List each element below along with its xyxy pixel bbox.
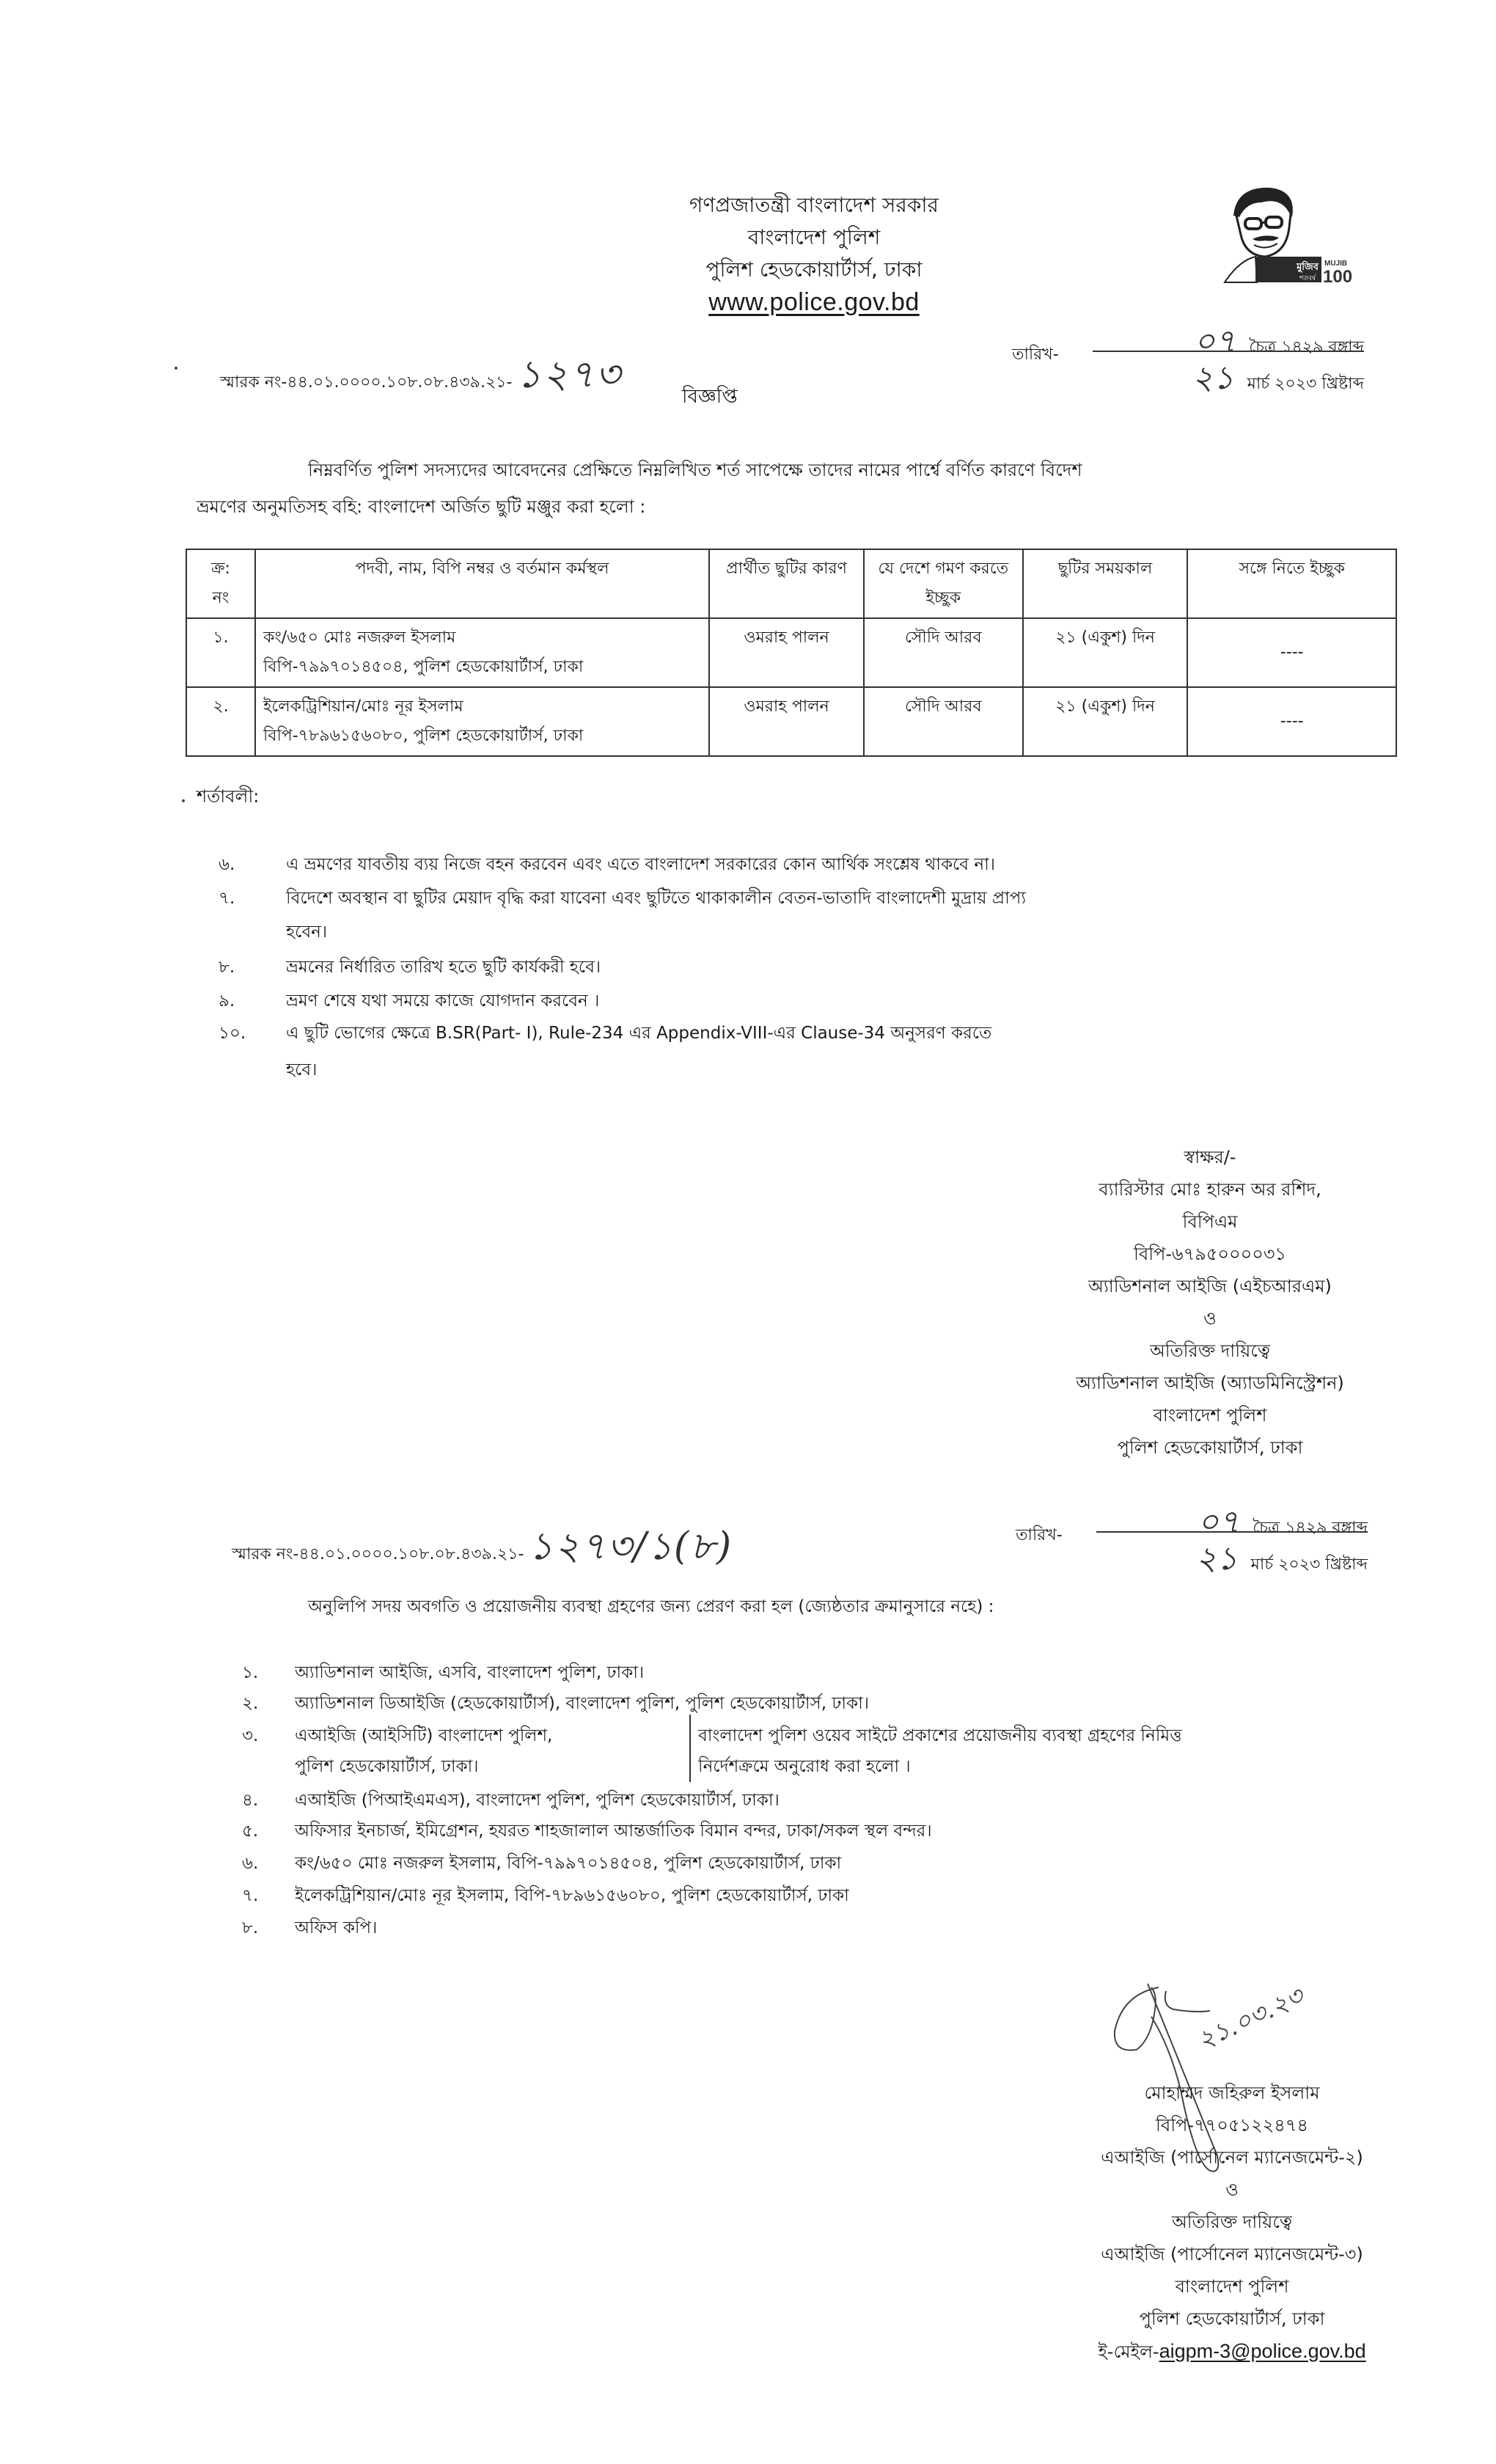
cell-country: সৌদি আরব [864,687,1023,756]
cell-serial: ১. [186,618,255,687]
cell-reason: ওমরাহ পালন [709,618,864,687]
signatory-designation: এআইজি (পার্সোনেল ম্যানেজমেন্ট-২) [1005,2141,1459,2174]
email-link[interactable]: aigpm-3@police.gov.bd [1159,2340,1366,2362]
svg-text:100: 100 [1323,267,1352,286]
signatory-email: ই-মেইল-aigpm-3@police.gov.bd [1005,2335,1459,2368]
date-block-2: তারিখ- ০৭চৈত্র ১৪২৯ বঙ্গাব্দ ২১মার্চ ২০২… [1016,1503,1382,1584]
signatory-and: ও [1005,2174,1459,2206]
table-header-row: ক্র: নং পদবী, নাম, বিপি নম্বর ও বর্তমান … [186,549,1396,618]
signatory-bp: বিপি-৭৭০৫১২২৪৭৪ [1005,2109,1459,2141]
office-name: পুলিশ হেডকোয়ার্টার্স, ঢাকা [623,254,1005,286]
leave-approval-table: ক্র: নং পদবী, নাম, বিপি নম্বর ও বর্তমান … [186,549,1397,757]
col-duration: ছুটির সময়কাল [1023,549,1188,618]
svg-text:মুজিব: মুজিব [1296,260,1319,274]
signatory-award: বিপিএম [990,1206,1430,1238]
memo-number-2: স্মারক নং-৪৪.০১.০০০০.১০৮.০৮.৪৩৯.২১-১২৭৩/… [232,1517,733,1580]
signatory-additional-charge: অতিরিক্ত দায়িত্বে [990,1335,1430,1367]
handwritten-memo-number: ১২৭৩ [516,353,621,397]
cell-duration: ২১ (একুশ) দিন [1023,618,1188,687]
col-reason: প্রার্থীত ছুটির কারণ [709,549,864,618]
col-companion: সঙ্গে নিতে ইচ্ছুক [1187,549,1396,618]
org-name: বাংলাদেশ পুলিশ [623,221,1005,254]
date-gregorian: ২১মার্চ ২০২৩ খ্রিষ্টাব্দ [1093,353,1364,407]
cell-duration: ২১ (একুশ) দিন [1023,687,1188,756]
memo-number-1: স্মারক নং-৪৪.০১.০০০০.১০৮.০৮.৪৩৯.২১-১২৭৩ [220,345,622,408]
signatory-and: ও [990,1302,1430,1335]
signatory-org: বাংলাদেশ পুলিশ [1005,2270,1459,2303]
signatory-name: ব্যারিস্টার মোঃ হারুন অর রশিদ, [990,1173,1430,1206]
letterhead: গণপ্রজাতন্ত্রী বাংলাদেশ সরকার বাংলাদেশ প… [623,189,1005,318]
svg-text:শতবর্ষ: শতবর্ষ [1299,274,1316,282]
cell-name: ইলেকট্রিশিয়ান/মোঃ নূর ইসলামবিপি-৭৮৯৬১৫৬… [255,687,709,756]
date-divider [1096,1531,1368,1533]
date-gregorian: ২১মার্চ ২০২৩ খ্রিষ্টাব্দ [1096,1534,1368,1588]
date-block-1: তারিখ- ০৭চৈত্র ১৪২৯ বঙ্গাব্দ ২১মার্চ ২০২… [1012,323,1379,403]
date-label: তারিখ- [1016,1522,1063,1550]
signature-block-1: স্বাক্ষর/- ব্যারিস্টার মোঃ হারুন অর রশিদ… [990,1141,1430,1464]
date-divider [1093,351,1364,352]
copies-intro: অনুলিপি সদয় অবগতি ও প্রয়োজনীয় ব্যবস্থ… [308,1593,994,1621]
website-link[interactable]: www.police.gov.bd [623,286,1005,318]
signatory-office: পুলিশ হেডকোয়ার্টার্স, ঢাকা [1005,2303,1459,2335]
cell-name: কং/৬৫০ মোঃ নজরুল ইসলামবিপি-৭৯৯৭০১৪৫০৪, প… [255,618,709,687]
table-row: ২. ইলেকট্রিশিয়ান/মোঃ নূর ইসলামবিপি-৭৮৯৬… [186,687,1396,756]
col-name: পদবী, নাম, বিপি নম্বর ও বর্তমান কর্মস্থল [255,549,709,618]
col-country: যে দেশে গমণ করতে ইচ্ছুক [864,549,1023,618]
copy-item-note-continued: নির্দেশক্রমে অনুরোধ করা হলো । [698,1753,911,1781]
cell-companion: ---- [1187,618,1396,687]
signed-mark: স্বাক্ষর/- [990,1141,1430,1173]
cell-companion: ---- [1187,687,1396,756]
signatory-bp: বিপি-৬৭৯৫০০০০৩১ [990,1238,1430,1270]
signatory-org: বাংলাদেশ পুলিশ [990,1399,1430,1431]
memo-prefix: স্মারক নং-৪৪.০১.০০০০.১০৮.০৮.৪৩৯.২১- [220,373,512,392]
signatory-name: মোহাম্মদ জহিরুল ইসলাম [1005,2077,1459,2109]
signatory-designation-2: এআইজি (পার্সোনেল ম্যানেজমেন্ট-৩) [1005,2238,1459,2270]
copy-item-note: বাংলাদেশ পুলিশ ওয়েব সাইটে প্রকাশের প্রয… [698,1722,1182,1750]
col-serial: ক্র: নং [186,549,255,618]
cell-reason: ওমরাহ পালন [709,687,864,756]
signatory-designation-2: অ্যাডিশনাল আইজি (অ্যাডমিনিস্ট্রেশন) [990,1367,1430,1399]
scan-speck [175,367,177,370]
signatory-additional-charge: অতিরিক্ত দায়িত্বে [1005,2206,1459,2238]
conditions-heading: শর্তাবলী: [197,783,259,813]
table-row: ১. কং/৬৫০ মোঃ নজরুল ইসলামবিপি-৭৯৯৭০১৪৫০৪… [186,618,1396,687]
cell-serial: ২. [186,687,255,756]
memo-prefix: স্মারক নং-৪৪.০১.০০০০.১০৮.০৮.৪৩৯.২১- [232,1545,524,1563]
svg-text:২১.০৩.২৩: ২১.০৩.২৩ [1193,1981,1310,2056]
mujib-100-logo-icon: মুজিব শতবর্ষ MUJIB 100 [1210,183,1364,286]
govt-name: গণপ্রজাতন্ত্রী বাংলাদেশ সরকার [623,189,1005,221]
signatory-designation: অ্যাডিশনাল আইজি (এইচআরএম) [990,1270,1430,1302]
cell-country: সৌদি আরব [864,618,1023,687]
date-label: তারিখ- [1012,342,1059,369]
signatory-office: পুলিশ হেডকোয়ার্টার্স, ঢাকা [990,1431,1430,1464]
notice-title: বিজ্ঞপ্তি [682,381,738,414]
scan-speck [182,799,185,802]
intro-line-2: ভ্রমণের অনুমতিসহ বহি: বাংলাদেশ অর্জিত ছু… [197,484,645,529]
signature-block-2: মোহাম্মদ জহিরুল ইসলাম বিপি-৭৭০৫১২২৪৭৪ এআ… [1005,2077,1459,2368]
note-divider [689,1715,691,1782]
handwritten-memo-number: ১২৭৩/১(৮) [528,1525,733,1569]
